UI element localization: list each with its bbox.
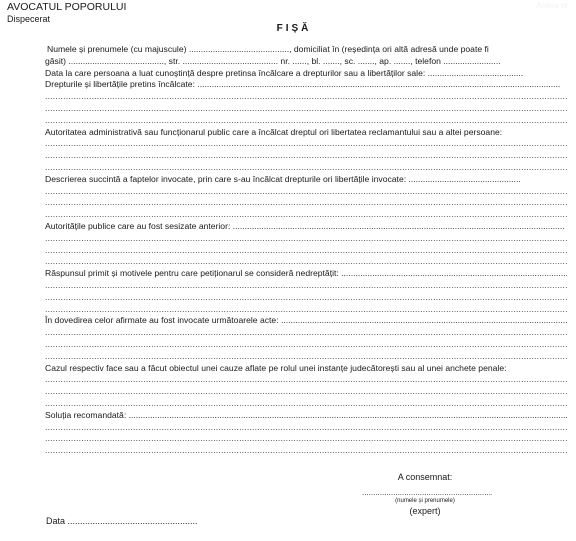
fill-line[interactable]: ........................................… [45, 339, 567, 351]
fill-line[interactable]: ........................................… [45, 398, 567, 410]
intro-line-address[interactable]: găsit) .................................… [45, 56, 567, 68]
signature-field[interactable]: ........................................… [362, 488, 492, 497]
fill-line[interactable]: ........................................… [45, 327, 567, 339]
fill-line[interactable]: ........................................… [45, 186, 567, 198]
signature-caption: (numele și prenumele) [340, 498, 510, 504]
fill-line[interactable]: ........................................… [45, 103, 567, 115]
section-heading: Soluția recomandată: ...................… [45, 410, 567, 422]
fill-line[interactable]: ........................................… [45, 245, 567, 257]
fill-line[interactable]: ........................................… [45, 197, 567, 209]
section-heading: Cazul respectiv face sau a făcut obiectu… [45, 363, 567, 375]
fill-line[interactable]: ........................................… [45, 292, 567, 304]
signature-role: (expert) [340, 506, 510, 516]
fill-line[interactable]: ........................................… [45, 304, 567, 316]
fill-line[interactable]: ........................................… [45, 256, 567, 268]
intro-line-date[interactable]: Data la care persoana a luat cunoștință … [45, 68, 567, 80]
document-header: AVOCATUL POPORULUI Dispecerat [7, 1, 126, 25]
section-heading: Autoritățile publice care au fost sesiza… [45, 221, 567, 233]
date-label: Data [46, 516, 65, 526]
fill-line[interactable]: ........................................… [45, 280, 567, 292]
section-heading: Descrierea succintă a faptelor invocate,… [45, 174, 567, 186]
fill-line[interactable]: ........................................… [45, 162, 567, 174]
fill-line[interactable]: ........................................… [45, 150, 567, 162]
fill-line[interactable]: ........................................… [45, 433, 567, 445]
fill-line[interactable]: ........................................… [45, 351, 567, 363]
fill-line[interactable]: ........................................… [45, 233, 567, 245]
signature-title: A consemnat: [340, 472, 510, 482]
organization-name: AVOCATUL POPORULUI [7, 1, 126, 13]
fill-line[interactable]: ........................................… [45, 374, 567, 386]
section-heading: Autoritatea administrativă sau funcționa… [45, 127, 567, 139]
fill-line[interactable]: ........................................… [45, 445, 567, 457]
section-heading: În dovedirea celor afirmate au fost invo… [45, 315, 567, 327]
intro-line-rights[interactable]: Drepturile și libertățile pretins încălc… [45, 79, 567, 91]
fill-line[interactable]: ........................................… [45, 386, 567, 398]
document-title: FIȘĂ [0, 23, 576, 34]
form-body: Numele și prenumele (cu majuscule) .....… [45, 44, 567, 457]
corner-mark: Anexa nr. [536, 1, 570, 10]
fill-line[interactable]: ........................................… [45, 115, 567, 127]
intro-line-name[interactable]: Numele și prenumele (cu majuscule) .....… [45, 44, 567, 56]
fill-line[interactable]: ........................................… [45, 91, 567, 103]
fill-line[interactable]: ........................................… [45, 422, 567, 434]
date-dots[interactable]: ........................................… [68, 516, 198, 526]
date-field[interactable]: Data ...................................… [46, 516, 198, 526]
fill-line[interactable]: ........................................… [45, 209, 567, 221]
section-heading: Răspunsul primit și motivele pentru care… [45, 268, 567, 280]
fill-line[interactable]: ........................................… [45, 138, 567, 150]
